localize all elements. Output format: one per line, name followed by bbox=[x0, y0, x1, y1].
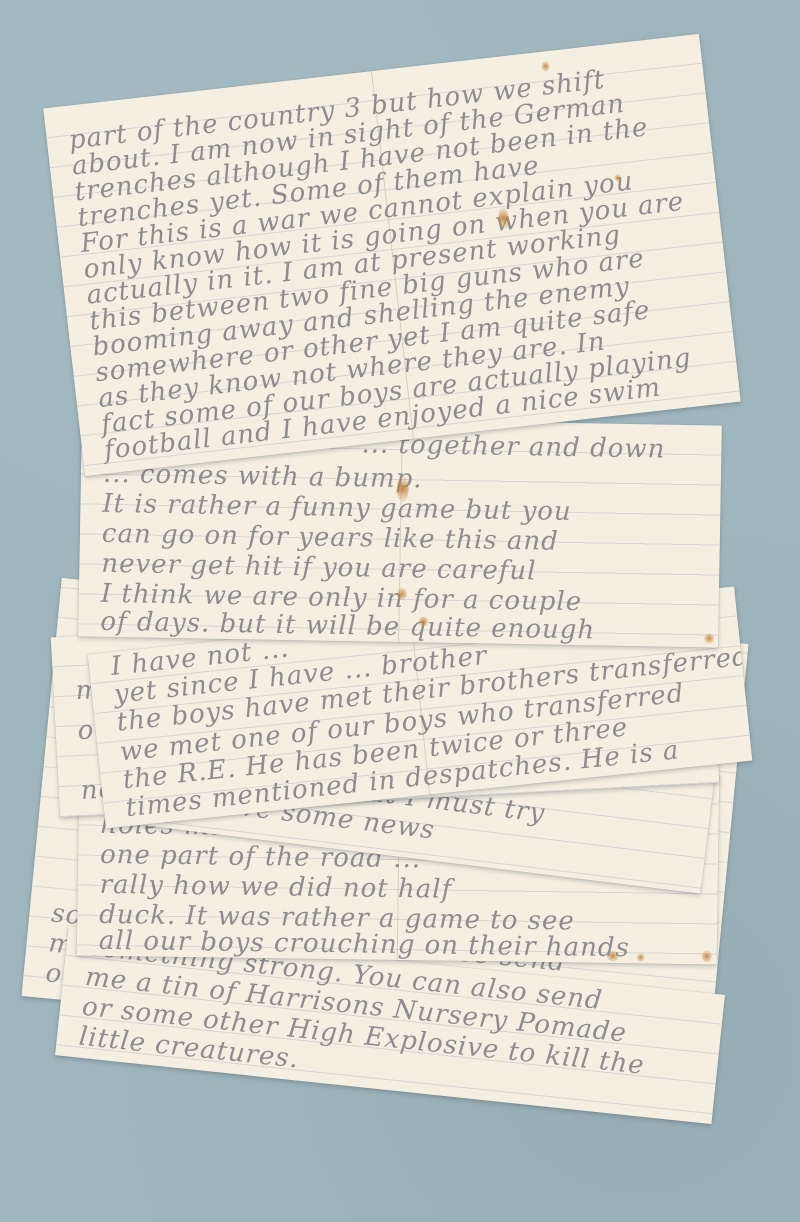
rust-stain bbox=[637, 953, 645, 961]
rust-stain bbox=[607, 951, 619, 961]
rust-stain bbox=[418, 616, 428, 626]
letter-sheet-top: part of the country 3 but how we shift a… bbox=[43, 34, 741, 476]
photo-scene: something strong. You can also send me a… bbox=[0, 0, 800, 1222]
rust-stain bbox=[704, 633, 714, 643]
